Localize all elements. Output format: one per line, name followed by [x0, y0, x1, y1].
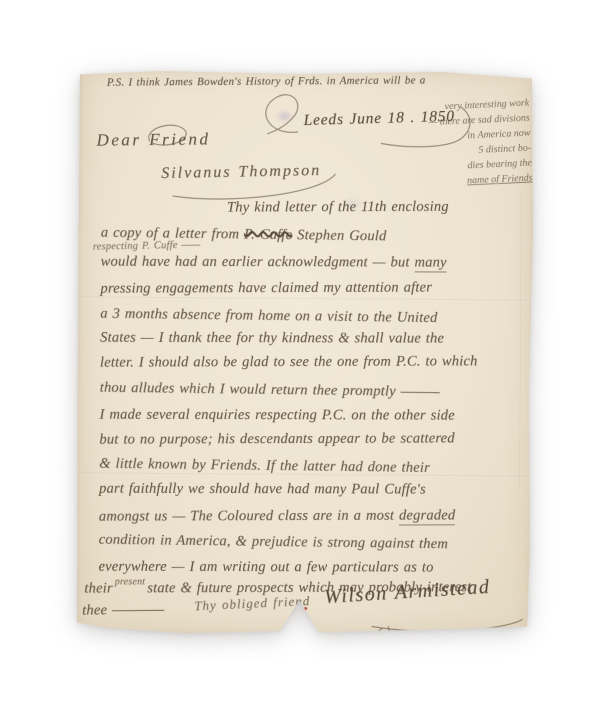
inserted-word: present [115, 576, 146, 587]
body-line: part faithfully we should have had many … [99, 481, 426, 499]
recipient-name: Silvanus Thompson [161, 162, 321, 183]
body-line-text: would have had an earlier acknowledgment… [101, 254, 410, 271]
salutation: Dear Friend [96, 129, 210, 150]
body-line-text: amongst us — The Coloured class are in a… [99, 508, 394, 525]
letter-paper-wrap: P.S. I think James Bowden's History of F… [76, 68, 534, 636]
body-line: a 3 months absence from home on a visit … [100, 306, 437, 327]
underlined-word: degraded [399, 507, 455, 525]
body-line: States — I thank thee for thy kindness &… [100, 330, 444, 348]
interline-correction: respecting P. Cuffe —— [93, 239, 201, 252]
body-line: but to no purpose; his descendants appea… [99, 430, 454, 448]
body-line-text: their [84, 580, 112, 596]
body-line: amongst us — The Coloured class are in a… [99, 507, 456, 525]
body-line: everywhere — I am writing out a few part… [98, 559, 433, 577]
body-line: condition in America, & prejudice is str… [99, 532, 449, 554]
body-line: pressing engagements have claimed my att… [100, 279, 432, 297]
closing-lead: thee ———— [82, 602, 164, 620]
body-line: I made several enquiries respecting P.C.… [100, 407, 455, 425]
signature-underline-flourish [372, 618, 522, 631]
body-line: Thy kind letter of the 11th enclosing [227, 199, 449, 217]
postscript-line: P.S. I think James Bowden's History of F… [107, 74, 426, 88]
letter-paper: P.S. I think James Bowden's History of F… [76, 68, 534, 636]
signature-tail-flourish [379, 627, 389, 634]
fold-crease-vertical [519, 192, 523, 492]
body-line: thou alludes which I would return thee p… [100, 380, 440, 401]
body-line-text: Stephen Gould [297, 227, 387, 244]
underlined-word: many [414, 254, 446, 272]
photo-background: P.S. I think James Bowden's History of F… [0, 0, 616, 709]
body-line: would have had an earlier acknowledgment… [101, 254, 447, 272]
body-line: letter. I should also be glad to see the… [100, 353, 478, 371]
struck-out-text: P. Cuffe [244, 226, 292, 243]
ink-stain [276, 110, 294, 123]
